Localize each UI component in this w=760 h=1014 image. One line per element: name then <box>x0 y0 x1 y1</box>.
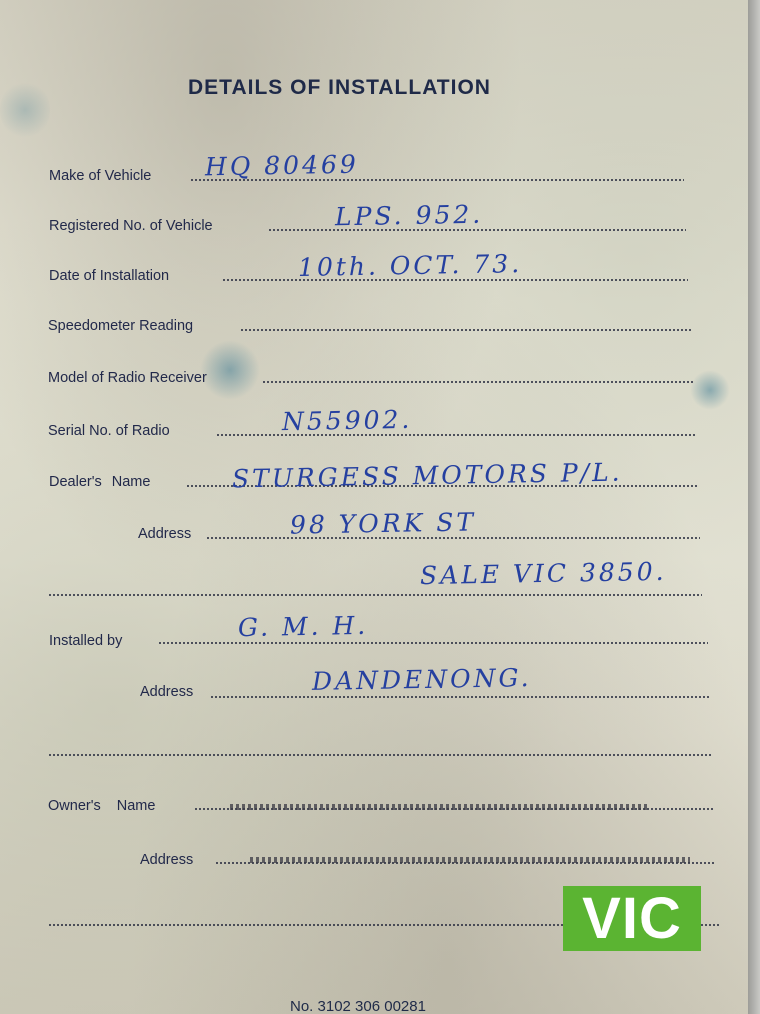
field-dealer-address: Address 98 YORK ST <box>0 508 748 548</box>
dotted-line <box>206 537 700 539</box>
field-date-of-installation: Date of Installation 10th. OCT. 73. <box>0 250 748 290</box>
field-installer-address: Address DANDENONG. <box>0 666 748 706</box>
ink-stain <box>0 80 50 140</box>
field-model-of-radio: Model of Radio Receiver <box>0 352 748 392</box>
dotted-line <box>48 754 712 756</box>
dotted-line <box>158 642 708 644</box>
field-label: Owner's Name <box>48 798 155 814</box>
field-label: Make of Vehicle <box>49 168 151 184</box>
dotted-line <box>210 696 710 698</box>
handwritten-value: N55902. <box>282 405 413 436</box>
vic-badge: VIC <box>563 886 701 951</box>
field-label: Model of Radio Receiver <box>48 370 207 386</box>
dotted-line <box>268 229 686 231</box>
field-make-of-vehicle: Make of Vehicle HQ 80469 <box>0 150 748 190</box>
field-installer-address-line-2 <box>0 718 748 758</box>
dotted-line <box>240 329 692 331</box>
field-owner-address: Address <box>0 834 748 874</box>
dotted-line <box>262 381 693 383</box>
handwritten-value: G. M. H. <box>238 611 369 642</box>
field-dealers-name: Dealer's Name STURGESS MOTORS P/L. <box>0 456 748 496</box>
handwritten-value: HQ 80469 <box>205 150 359 182</box>
field-label: Address <box>138 526 191 542</box>
handwritten-value: 10th. OCT. 73. <box>298 249 523 282</box>
handwritten-value: SALE VIC 3850. <box>420 557 667 590</box>
field-registered-no: Registered No. of Vehicle LPS. 952. <box>0 200 748 240</box>
field-installed-by: Installed by G. M. H. <box>0 615 748 655</box>
field-owners-name: Owner's Name <box>0 780 748 820</box>
dotted-line <box>222 279 688 281</box>
document-title: DETAILS OF INSTALLATION <box>188 76 491 100</box>
field-label: Dealer's Name <box>49 474 150 490</box>
field-label: Address <box>140 684 193 700</box>
redacted-owner-name <box>230 804 650 810</box>
field-label: Speedometer Reading <box>48 318 193 334</box>
handwritten-value: STURGESS MOTORS P/L. <box>232 458 623 494</box>
field-label: Date of Installation <box>49 268 169 284</box>
field-speedometer-reading: Speedometer Reading <box>0 300 748 340</box>
field-label: Installed by <box>49 633 122 649</box>
field-label: Registered No. of Vehicle <box>49 218 213 234</box>
field-serial-no-of-radio: Serial No. of Radio N55902. <box>0 405 748 445</box>
form-paper: DETAILS OF INSTALLATION Make of Vehicle … <box>0 0 748 1014</box>
handwritten-value: DANDENONG. <box>312 663 532 696</box>
paper-edge-background <box>748 0 760 1014</box>
handwritten-value: LPS. 952. <box>335 200 484 232</box>
form-serial-number: No. 3102 306 00281 <box>290 998 426 1014</box>
handwritten-value: 98 YORK ST <box>290 507 476 539</box>
field-dealer-address-line-2: SALE VIC 3850. <box>0 560 748 600</box>
field-label: Address <box>140 852 193 868</box>
field-label: Serial No. of Radio <box>48 423 170 439</box>
redacted-owner-address <box>250 857 690 863</box>
dotted-line <box>48 594 702 596</box>
